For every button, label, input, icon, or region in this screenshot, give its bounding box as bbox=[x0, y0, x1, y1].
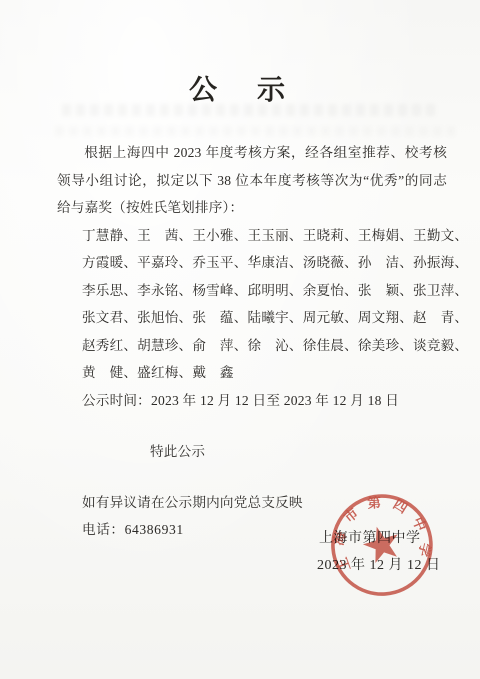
official-seal-stamp: 上海市第四中学 bbox=[324, 487, 441, 604]
notice-body: 根据上海四中 2023 年度考核方案，经各组室推荐、校考核领导小组讨论，拟定以下… bbox=[57, 139, 447, 544]
name-list-line: 张文君、张旭怡、张 蕴、陆曦宇、周元敏、周文翔、赵 青、 bbox=[82, 304, 447, 332]
name-list-line: 丁慧静、王 茜、王小雅、王玉丽、王晓莉、王梅娟、王勤文、 bbox=[82, 222, 447, 250]
name-list-line: 赵秀红、胡慧珍、俞 萍、徐 沁、徐佳晨、徐美珍、谈竞毅、 bbox=[82, 332, 447, 360]
name-list-line: 李乐思、李永铭、杨雪峰、邱明明、余夏怡、张 颖、张卫萍、 bbox=[82, 277, 447, 305]
intro-paragraph: 根据上海四中 2023 年度考核方案，经各组室推荐、校考核领导小组讨论，拟定以下… bbox=[57, 139, 447, 222]
publicity-period: 公示时间：2023 年 12 月 12 日至 2023 年 12 月 18 日 bbox=[82, 387, 447, 415]
name-list-line: 方霞暖、平嘉玲、乔玉平、华康洁、汤晓薇、孙 洁、孙振海、 bbox=[82, 249, 447, 277]
seal-text: 上海市第四中学 bbox=[326, 490, 435, 574]
page-title: 公 示 bbox=[0, 68, 480, 108]
bleed-through-artifact bbox=[55, 126, 455, 136]
closing-statement: 特此公示 bbox=[150, 438, 447, 466]
notice-page: 公 示 根据上海四中 2023 年度考核方案，经各组室推荐、校考核领导小组讨论，… bbox=[0, 0, 480, 679]
name-list-line: 黄 健、盛红梅、戴 鑫 bbox=[82, 359, 447, 387]
seal-star-icon bbox=[359, 522, 403, 565]
